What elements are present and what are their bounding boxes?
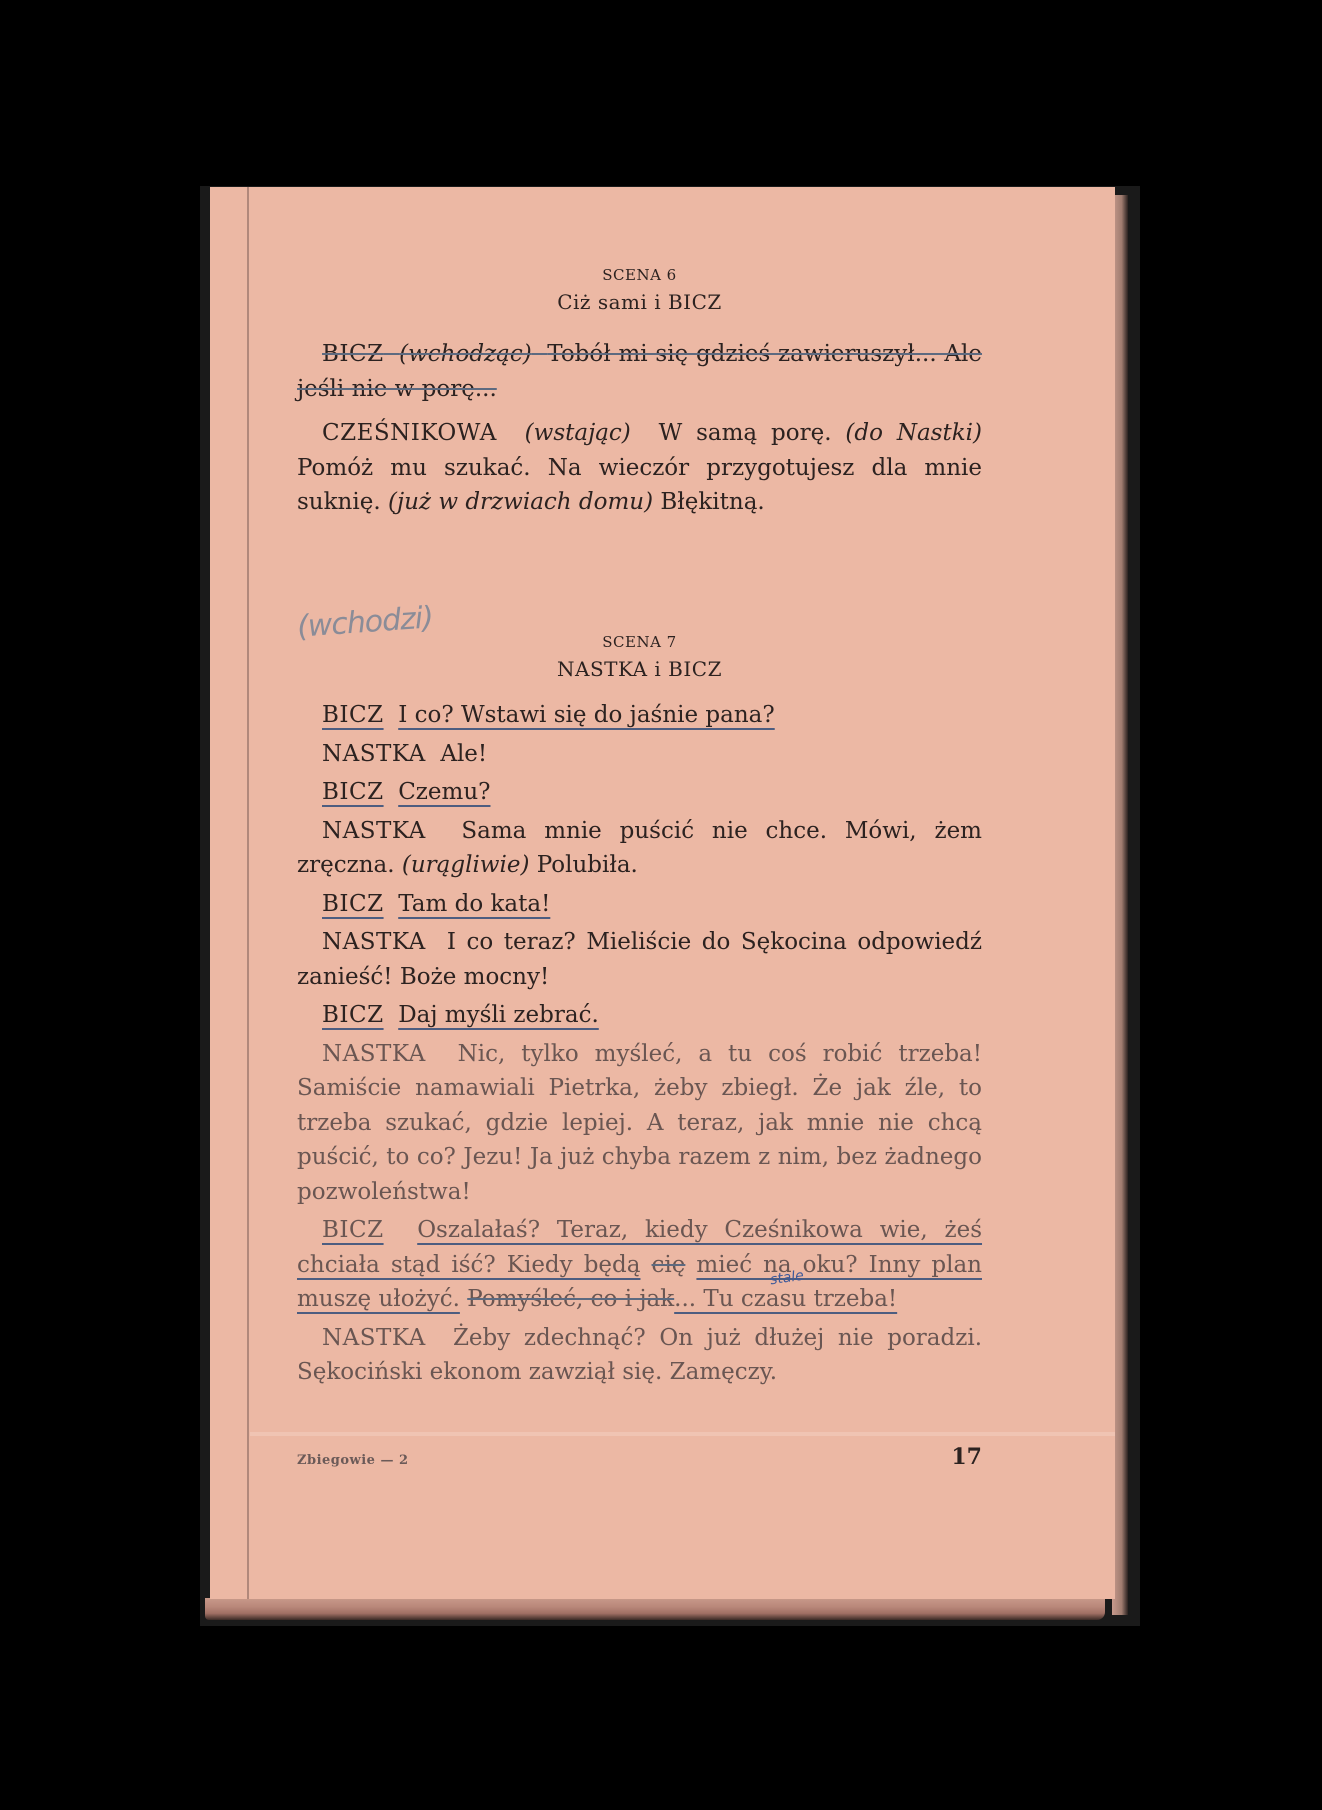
dialogue-line: NASTKA Żeby zdechnąć? On już dłużej nie … bbox=[297, 1321, 982, 1390]
dialogue-line: BICZ Daj myśli zebrać. bbox=[297, 998, 982, 1033]
speaker-name: NASTKA bbox=[322, 1041, 426, 1067]
printer-signature: Zbiegowie — 2 bbox=[297, 1453, 409, 1468]
stage-direction: (wchodząc) bbox=[399, 341, 532, 367]
stage-direction: (do Nastki) bbox=[845, 420, 982, 446]
speaker-name: BICZ bbox=[322, 1217, 384, 1243]
speaker-name: BICZ bbox=[322, 702, 384, 728]
speaker-name: NASTKA bbox=[322, 929, 426, 955]
scene-7-subheading: NASTKA i BICZ bbox=[297, 652, 982, 686]
scene-7: SCENA 7 NASTKA i BICZ BICZ I co? Wstawi … bbox=[297, 632, 982, 1394]
scene-6-subheading: Ciż sami i BICZ bbox=[297, 285, 982, 319]
speaker-name: BICZ bbox=[322, 891, 384, 917]
speaker-name: CZEŚNIKOWA bbox=[322, 420, 497, 446]
dialogue-line: NASTKA Ale! bbox=[297, 737, 982, 772]
dialogue-text: Czemu? bbox=[398, 779, 490, 805]
dialogue-line: BICZ I co? Wstawi się do jaśnie pana? bbox=[297, 698, 982, 733]
speaker-name: NASTKA bbox=[322, 818, 426, 844]
book-page: SCENA 6 Ciż sami i BICZ BICZ (wchodząc) … bbox=[210, 187, 1115, 1599]
struck-phrase: Pomyśleć, co i jak bbox=[467, 1286, 674, 1312]
dialogue-line: BICZ Czemu? bbox=[297, 775, 982, 810]
speaker-name: BICZ bbox=[322, 341, 384, 367]
dialogue-line: BICZ Tam do kata! bbox=[297, 887, 982, 922]
dialogue-text: Błękitną. bbox=[660, 489, 764, 515]
dialogue-line: NASTKA Nic, tylko myśleć, a tu coś robić… bbox=[297, 1037, 982, 1210]
struck-word: cię bbox=[652, 1252, 686, 1278]
dialogue-text: Daj myśli zebrać. bbox=[398, 1002, 599, 1028]
spine-fold-line bbox=[247, 187, 249, 1599]
scene-6-heading: SCENA 6 bbox=[297, 265, 982, 285]
dialogue-line: BICZ Oszalałaś? Teraz, kiedy Cześnikowa … bbox=[297, 1213, 982, 1317]
speaker-name: NASTKA bbox=[322, 1325, 426, 1351]
dialogue-line: NASTKA I co teraz? Mieliście do Sękocina… bbox=[297, 925, 982, 994]
book-page-stack bbox=[205, 1598, 1105, 1620]
dialogue-line: CZEŚNIKOWA (wstając) W samą porę. (do Na… bbox=[297, 416, 982, 520]
speaker-name: NASTKA bbox=[322, 741, 426, 767]
dialogue-text: Tam do kata! bbox=[398, 891, 550, 917]
scene-7-heading: SCENA 7 bbox=[297, 632, 982, 652]
dialogue-text: Ale! bbox=[440, 741, 487, 767]
page-number: 17 bbox=[951, 1444, 982, 1470]
stage-direction: (już w drzwiach domu) bbox=[388, 489, 653, 515]
page-crease bbox=[250, 1432, 1115, 1436]
dialogue-text: ... Tu czasu trzeba! bbox=[674, 1286, 897, 1312]
dialogue-text: Polubiła. bbox=[537, 852, 638, 878]
speaker-name: BICZ bbox=[322, 1002, 384, 1028]
stage-direction: (urągliwie) bbox=[402, 852, 530, 878]
scene-6: SCENA 6 Ciż sami i BICZ BICZ (wchodząc) … bbox=[297, 265, 982, 524]
dialogue-line: BICZ (wchodząc) Tobół mi się gdzieś zawi… bbox=[297, 337, 982, 406]
dialogue-line: NASTKA Sama mnie puścić nie chce. Mówi, … bbox=[297, 814, 982, 883]
dialogue-text: W samą porę. bbox=[659, 420, 832, 446]
stage-direction: (wstając) bbox=[525, 420, 631, 446]
dialogue-text: I co? Wstawi się do jaśnie pana? bbox=[398, 702, 775, 728]
page-footer: Zbiegowie — 2 17 bbox=[297, 1444, 982, 1470]
speaker-name: BICZ bbox=[322, 779, 384, 805]
